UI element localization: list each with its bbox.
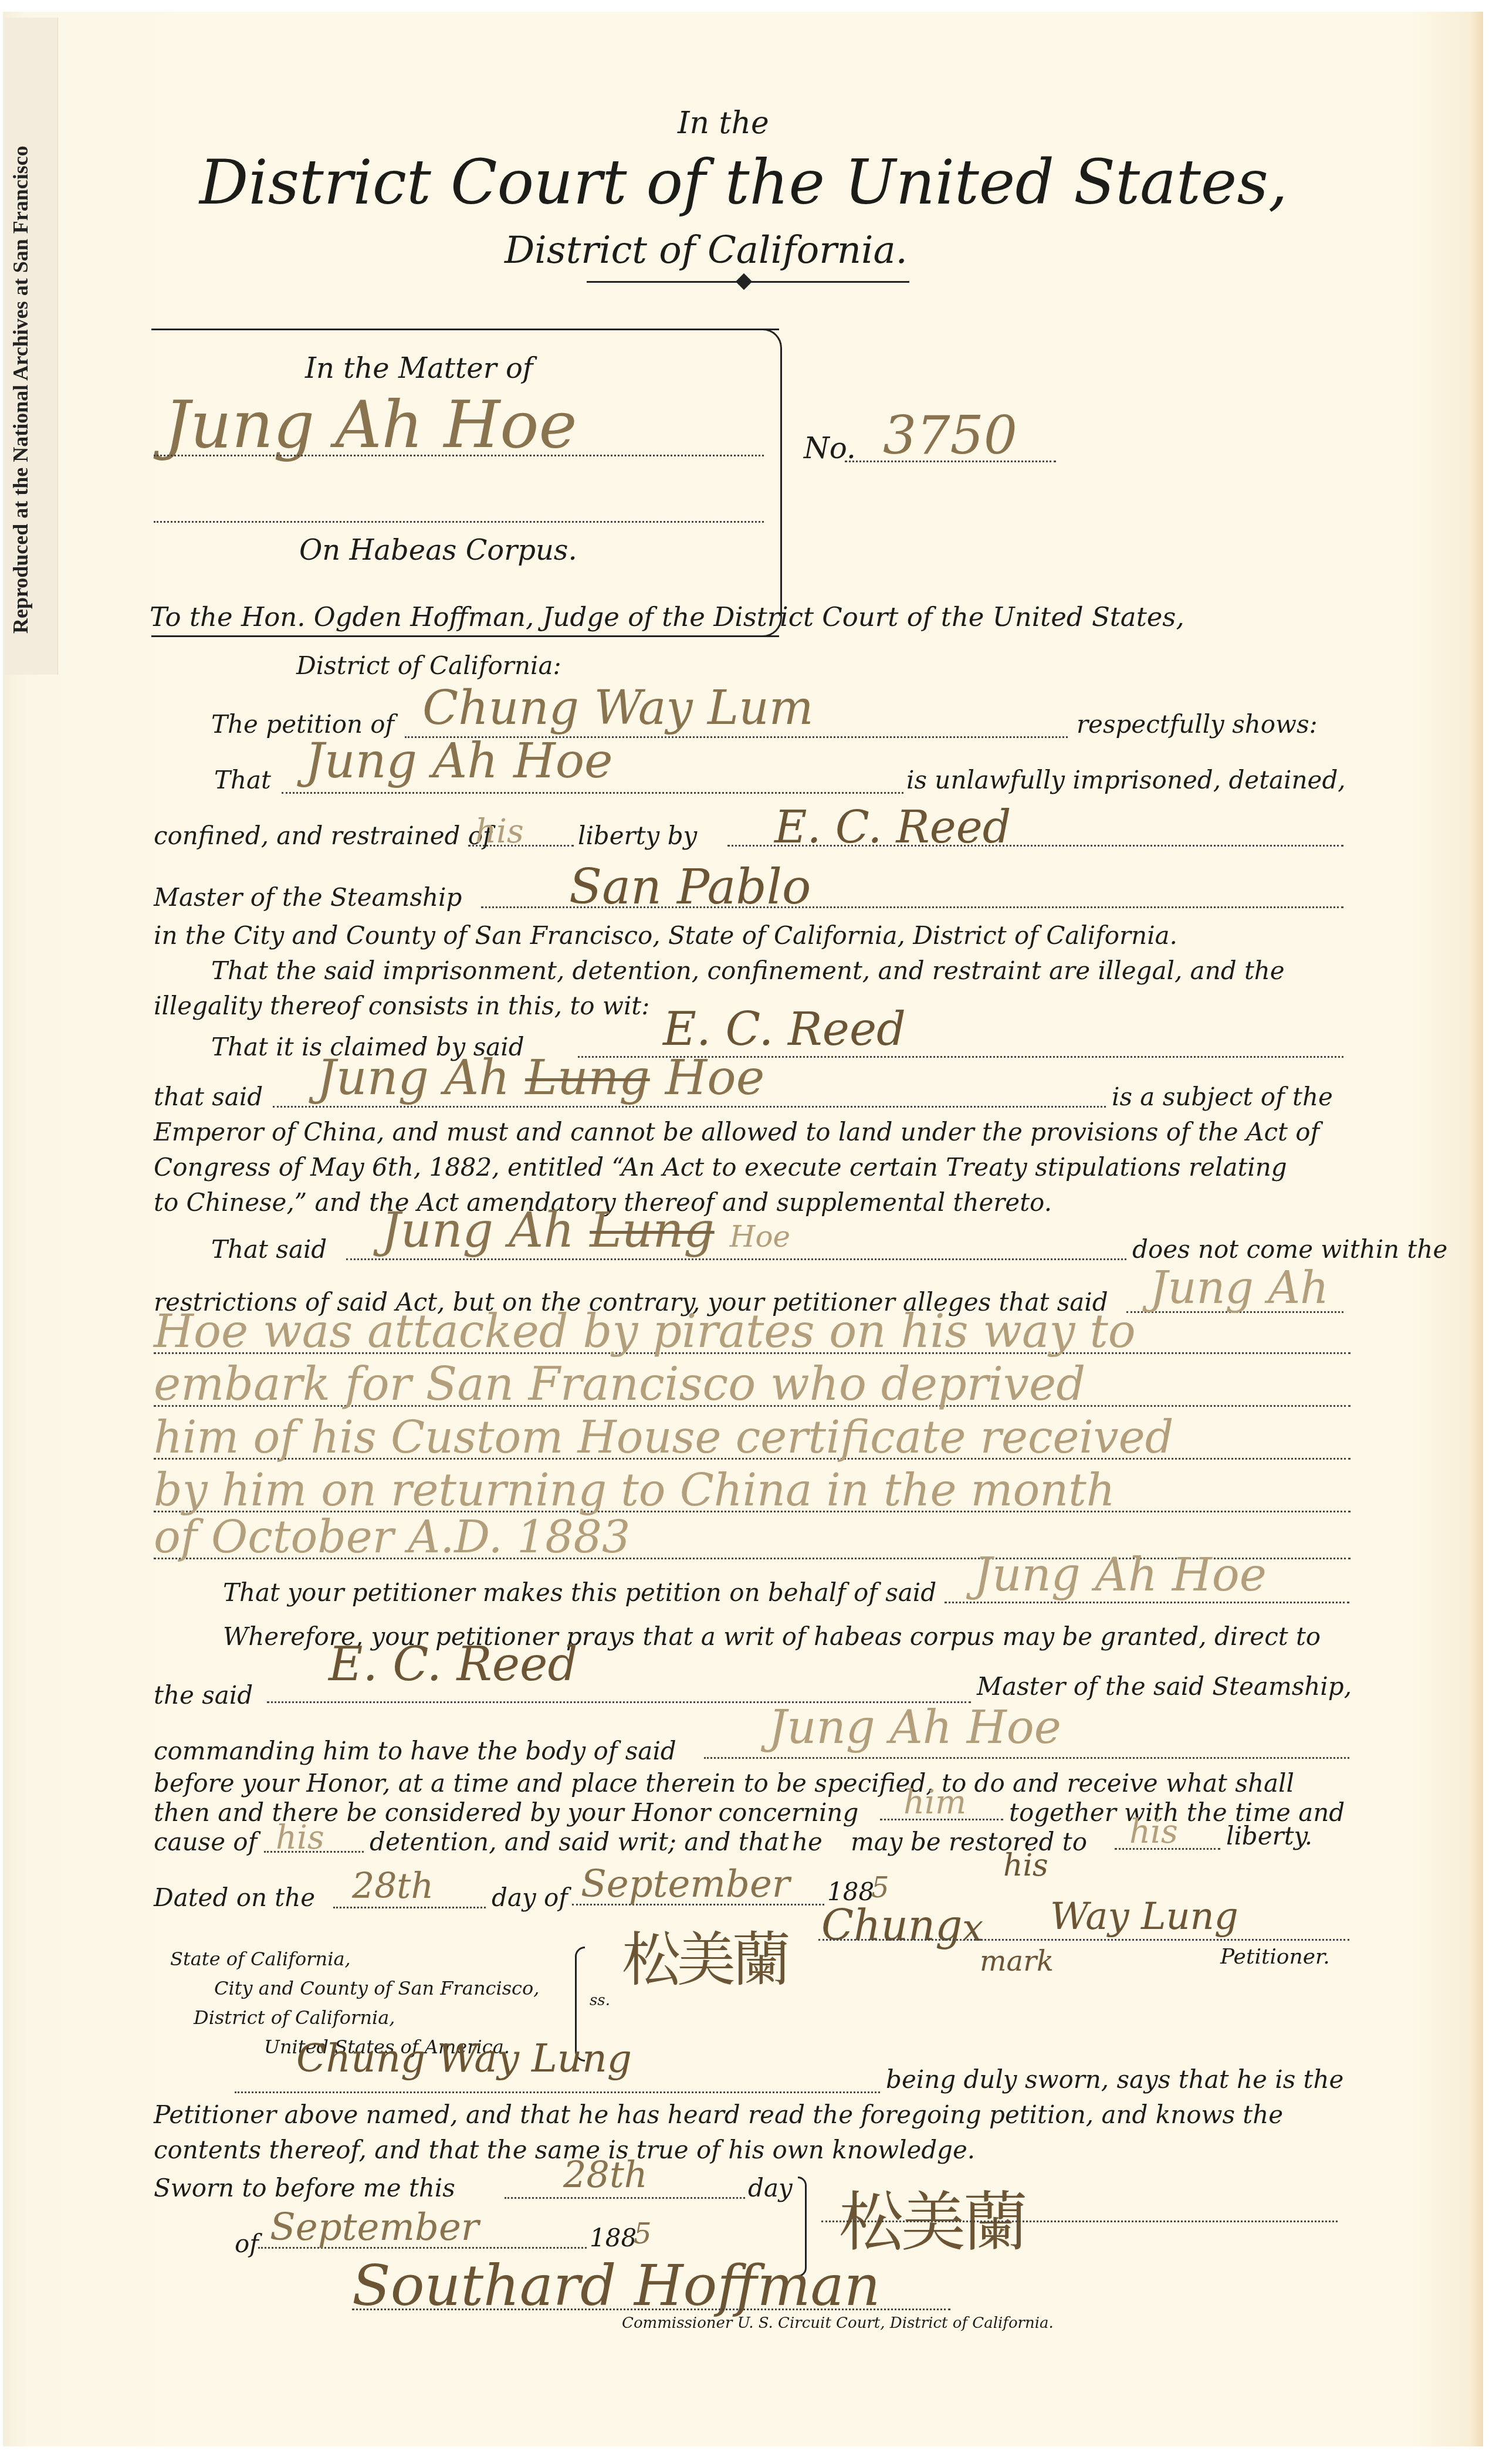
does-not-come: does not come within the	[1132, 1235, 1447, 1264]
that-label: That	[214, 766, 271, 794]
before-line: before your Honor, at a time and place t…	[154, 1769, 1294, 1798]
the-said-name: E. C. Reed	[329, 1637, 578, 1691]
commanding-line	[704, 1757, 1349, 1759]
matter-label: In the Matter of	[305, 352, 533, 385]
master-name: E. C. Reed	[774, 801, 1011, 853]
petitioner-label: Petitioner.	[1220, 1945, 1330, 1969]
petitioner-name: Chung Way Lum	[422, 681, 814, 735]
address-line-1: To the Hon. Ogden Hoffman, Judge of the …	[150, 601, 1184, 632]
subject-of: is a subject of the	[1112, 1082, 1333, 1111]
signature-line	[818, 1939, 1349, 1941]
that-said-label: that said	[154, 1082, 263, 1111]
commanding-label: commanding him to have the body of said	[154, 1737, 676, 1765]
commissioner-label: Commissioner U. S. Circuit Court, Distri…	[622, 2314, 1054, 2332]
dated-day: 28th	[352, 1866, 434, 1907]
day-of-label: day of	[492, 1883, 568, 1912]
pronoun-his: his	[475, 813, 524, 851]
act-line-1: Emperor of China, and must and cannot be…	[154, 1118, 1319, 1146]
name2-struck: Lung	[590, 1203, 715, 1258]
header-court-title: District Court of the United States,	[199, 147, 1288, 218]
venue-line-2: City and County of San Francisco,	[214, 1977, 539, 1999]
dated-day-line	[333, 1907, 486, 1908]
matter-line-2	[154, 521, 764, 523]
he-word: he	[792, 1827, 823, 1856]
signature-mark-x: x	[962, 1907, 983, 1950]
archive-stamp: Reproduced at the National Archives at S…	[8, 145, 33, 634]
venue-line-1: State of California,	[170, 1948, 351, 1970]
act-line-2: Congress of May 6th, 1882, entitled “An …	[154, 1153, 1287, 1182]
claimant-name: E. C. Reed	[663, 1003, 906, 1056]
detainee-line	[282, 792, 903, 794]
steamship-name: San Pablo	[569, 859, 811, 915]
allegation-text-2: embark for San Francisco who deprived	[154, 1358, 1085, 1411]
sworn-day: 28th	[563, 2153, 648, 2196]
allegation-text-5: of October A.D. 1883	[154, 1511, 630, 1563]
signature-mark-label: mark	[980, 1945, 1054, 1978]
liberty-by: liberty by	[578, 821, 697, 850]
chinese-signature-1: 松美蘭	[622, 1913, 787, 1997]
behalf-name: Jung Ah Hoe	[974, 1549, 1267, 1602]
liberty-end: liberty.	[1226, 1822, 1312, 1850]
sworn-year-print: 188	[590, 2223, 637, 2252]
illegal-line-1: That the said imprisonment, detention, c…	[211, 956, 1285, 985]
the-said-label: the said	[154, 1681, 253, 1710]
case-number: 3750	[883, 405, 1017, 466]
address-line-2: District of California:	[296, 651, 561, 680]
sworn-year-hand: 5	[634, 2218, 652, 2250]
allegation-text-4: by him on returning to China in the mont…	[154, 1464, 1115, 1516]
restored-word: his	[1129, 1813, 1178, 1851]
signature-first: Chung	[821, 1901, 962, 1950]
behalf-line	[945, 1602, 1349, 1603]
subject-name-struck: Lung	[525, 1050, 650, 1106]
signature-his: his	[1003, 1848, 1048, 1883]
dated-month: September	[581, 1863, 790, 1906]
allegation-text-0: Jung Ah	[1150, 1261, 1329, 1314]
affiant-line	[235, 2091, 880, 2093]
allegation-text-1: Hoe was attacked by pirates on his way t…	[154, 1305, 1136, 1358]
name2-part-1: Jung Ah	[381, 1203, 574, 1258]
behalf-label: That your petitioner makes this petition…	[223, 1578, 936, 1607]
subject-name: Jung Ah Lung Hoe	[317, 1050, 764, 1106]
matter-brace	[763, 329, 782, 637]
illegal-line-2: illegality thereof consists in this, to …	[154, 991, 649, 1020]
unlawfully-text: is unlawfully imprisoned, detained,	[906, 766, 1346, 794]
concerning-word: him	[903, 1783, 966, 1822]
oath-line-2: Petitioner above named, and that he has …	[154, 2100, 1283, 2129]
habeas-label: On Habeas Corpus.	[299, 534, 577, 567]
matter-line-1	[154, 455, 764, 456]
header-ornament	[587, 276, 909, 287]
commanding-name: Jung Ah Hoe	[769, 1701, 1061, 1754]
cause-label: cause of	[154, 1827, 257, 1856]
venue-line-3: District of California,	[194, 2006, 395, 2029]
case-number-line	[845, 461, 1056, 462]
sworn-day-line	[505, 2197, 745, 2199]
detainee-name: Jung Ah Hoe	[305, 733, 613, 789]
oath-signature-line	[821, 2221, 1338, 2222]
location-line: in the City and County of San Francisco,…	[154, 921, 1177, 950]
oath-line-1: being duly sworn, says that he is the	[886, 2065, 1343, 2094]
dated-year-hand: 5	[871, 1871, 889, 1904]
name2: Jung Ah Lung Hoe	[381, 1203, 790, 1258]
cause-word: his	[276, 1819, 324, 1857]
header-in-the: In the	[678, 106, 769, 141]
name2-part-3: Hoe	[730, 1220, 790, 1254]
restored-label: may be restored to	[851, 1827, 1087, 1856]
that-said-2-label: That said	[211, 1235, 327, 1264]
name2-line	[346, 1258, 1126, 1260]
subject-name-part-3: Hoe	[665, 1050, 764, 1106]
respectfully-shows: respectfully shows:	[1077, 710, 1318, 739]
sworn-month: September	[270, 2206, 479, 2249]
chinese-signature-2: 松美蘭	[839, 2171, 1025, 2263]
sworn-label: Sworn to before me this	[154, 2174, 455, 2202]
subject-name-part-1: Jung Ah	[317, 1050, 510, 1106]
confined-label: confined, and restrained of	[154, 821, 492, 850]
subject-line	[273, 1106, 1106, 1108]
header-district: District of California.	[505, 229, 908, 272]
master-steamship-label: Master of the Steamship	[154, 883, 462, 912]
signature-last: Way Lung	[1050, 1895, 1238, 1938]
dated-label: Dated on the	[154, 1883, 315, 1912]
sworn-day-label: day	[748, 2174, 793, 2202]
master-said-steamship: Master of the said Steamship,	[977, 1672, 1352, 1701]
matter-name: Jung Ah Hoe	[164, 387, 577, 462]
then-label: then and there be considered by your Hon…	[154, 1798, 858, 1827]
venue-ss: ss.	[590, 1992, 610, 2009]
commissioner-line	[352, 2309, 950, 2310]
detention-label: detention, and said writ; and that	[370, 1827, 788, 1856]
affiant-name: Chung Way Lung	[296, 2036, 632, 2081]
allegation-text-3: him of his Custom House certificate rece…	[154, 1411, 1173, 1463]
sworn-of-label: of	[235, 2229, 259, 2258]
